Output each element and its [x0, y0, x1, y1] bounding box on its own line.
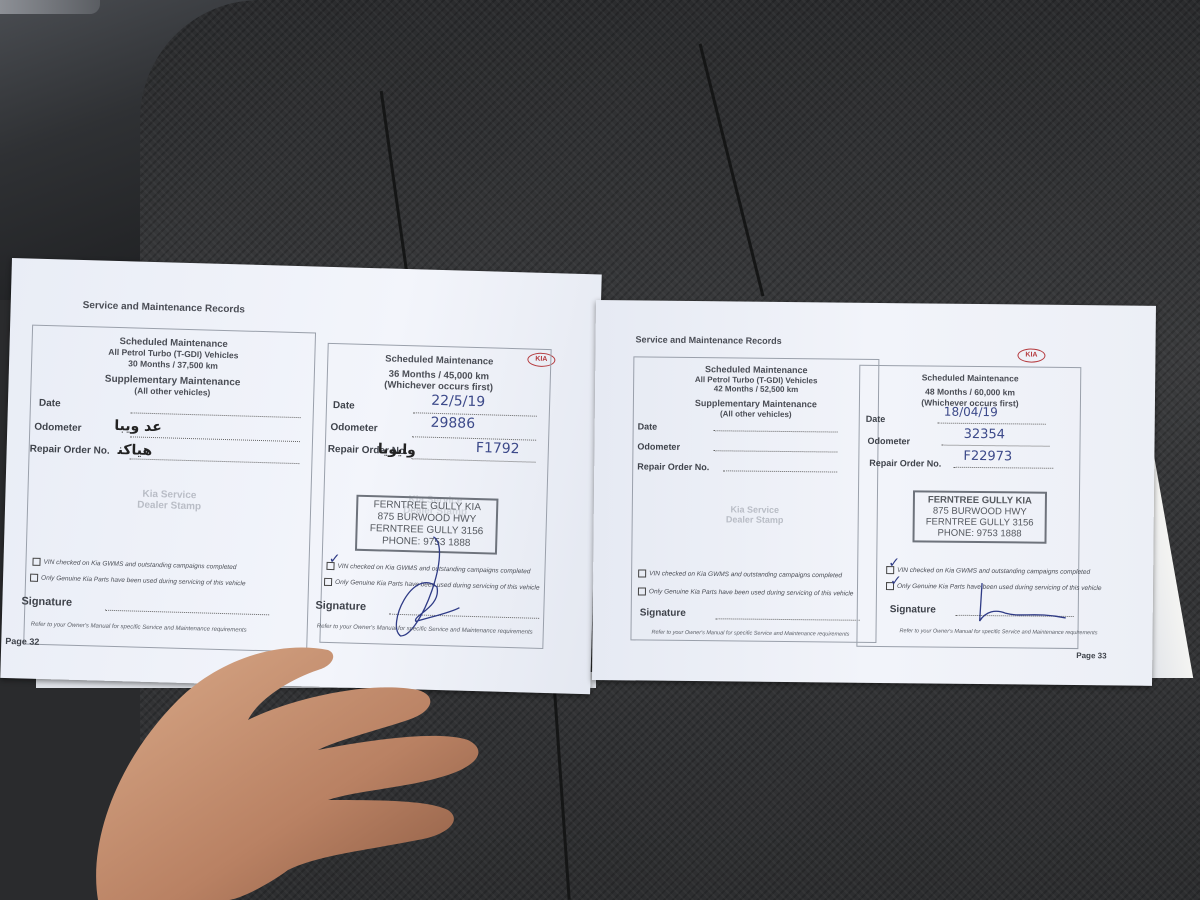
handwritten-signature [976, 581, 1076, 628]
service-record-30-months: Scheduled Maintenance All Petrol Turbo (… [23, 325, 316, 653]
repair-order-field[interactable] [953, 467, 1053, 469]
odometer-field[interactable] [130, 436, 300, 442]
date-label: Date [866, 414, 886, 424]
service-record-42-months: Scheduled Maintenance All Petrol Turbo (… [630, 356, 879, 643]
odometer-field[interactable] [412, 436, 536, 440]
page-number: Page 32 [5, 636, 39, 647]
page-number: Page 33 [1076, 651, 1106, 660]
dealer-stamp-placeholder: Kia Service Dealer Stamp [633, 503, 877, 526]
supplementary-title: Supplementary Maintenance (All other veh… [634, 397, 878, 420]
checkbox-icon [324, 578, 332, 586]
repair-order-field[interactable] [129, 458, 299, 464]
reference-note: Refer to your Owner's Manual for specifi… [900, 628, 1098, 636]
date-label: Date [39, 398, 61, 410]
service-record-36-months: Scheduled Maintenance 36 Months / 45,000… [319, 343, 551, 649]
record-title: Scheduled Maintenance All Petrol Turbo (… [32, 334, 315, 375]
kia-logo: KIA [1017, 348, 1045, 362]
record-title: Scheduled Maintenance 36 Months / 45,000… [327, 352, 550, 395]
supplementary-title: Supplementary Maintenance (All other veh… [31, 372, 314, 402]
odometer-label: Odometer [637, 441, 680, 451]
signature-field[interactable] [716, 618, 860, 621]
checkmark-icon: ✓ [890, 572, 902, 589]
page-32: Service and Maintenance Records KIA Sche… [0, 258, 601, 694]
genuine-parts-checkbox[interactable]: Only Genuine Kia Parts have been used du… [638, 587, 854, 597]
date-label: Date [333, 400, 355, 412]
record-title: Scheduled Maintenance All Petrol Turbo (… [634, 363, 878, 395]
checkbox-icon [30, 574, 38, 582]
odometer-value: 29886 [430, 415, 475, 432]
vin-checked-checkbox[interactable]: VIN checked on Kia GWMS and outstanding … [886, 566, 1090, 576]
repair-order-field[interactable] [412, 458, 536, 462]
checkbox-icon [638, 569, 646, 577]
odometer-value: 32354 [964, 427, 1006, 442]
reference-note: Refer to your Owner's Manual for specifi… [651, 630, 849, 638]
odometer-label: Odometer [867, 436, 910, 446]
signature-field[interactable] [105, 610, 269, 616]
odometer-label: Odometer [34, 422, 82, 434]
date-field[interactable] [131, 412, 301, 418]
hand-holding-booklet [88, 640, 508, 900]
page-header: Service and Maintenance Records [636, 334, 782, 346]
signature-label: Signature [315, 600, 366, 613]
checkbox-icon [32, 558, 40, 566]
service-record-48-months: Scheduled Maintenance 48 Months / 60,000… [856, 365, 1081, 649]
dealer-stamp-placeholder: Kia Service Dealer Stamp [28, 486, 311, 516]
redaction-scribble: ﻭﺍﻳﻮﻳﺎ [378, 441, 416, 458]
repair-order-label: Repair Order No. [30, 444, 110, 457]
odometer-field[interactable] [713, 450, 837, 452]
page-header: Service and Maintenance Records [83, 300, 246, 316]
repair-order-value-obscured: ﻫﻴﺎﻛﻨ [117, 442, 152, 459]
date-value: 22/5/19 [431, 393, 485, 411]
repair-order-label: Repair Order No. [869, 458, 941, 469]
signature-label: Signature [21, 595, 72, 608]
signature-label: Signature [640, 607, 686, 618]
genuine-parts-checkbox[interactable]: Only Genuine Kia Parts have been used du… [30, 574, 246, 588]
reference-note: Refer to your Owner's Manual for specifi… [31, 622, 247, 634]
date-field[interactable] [938, 423, 1046, 425]
repair-order-value: F1792 [476, 440, 520, 457]
checkmark-icon: ✓ [328, 550, 340, 567]
page-33: Service and Maintenance Records KIA Sche… [592, 300, 1156, 686]
date-field[interactable] [714, 430, 838, 432]
vin-checked-checkbox[interactable]: VIN checked on Kia GWMS and outstanding … [32, 558, 236, 572]
date-value: 18/04/19 [944, 405, 998, 420]
signature-label: Signature [890, 604, 936, 615]
dealer-stamp: FERNTREE GULLY KIA 875 BURWOOD HWY FERNT… [912, 490, 1047, 543]
repair-order-label: Repair Order No. [637, 461, 709, 472]
checkbox-icon [638, 587, 646, 595]
repair-order-value: F22973 [963, 449, 1012, 465]
repair-order-field[interactable] [723, 470, 837, 472]
odometer-value-obscured: ﻋﺪ ﻭﻳﺒﺎ [114, 418, 162, 435]
date-label: Date [638, 421, 658, 431]
odometer-field[interactable] [941, 445, 1049, 447]
checkmark-icon: ✓ [888, 554, 900, 571]
odometer-label: Odometer [330, 422, 378, 434]
vin-checked-checkbox[interactable]: VIN checked on Kia GWMS and outstanding … [638, 569, 842, 579]
